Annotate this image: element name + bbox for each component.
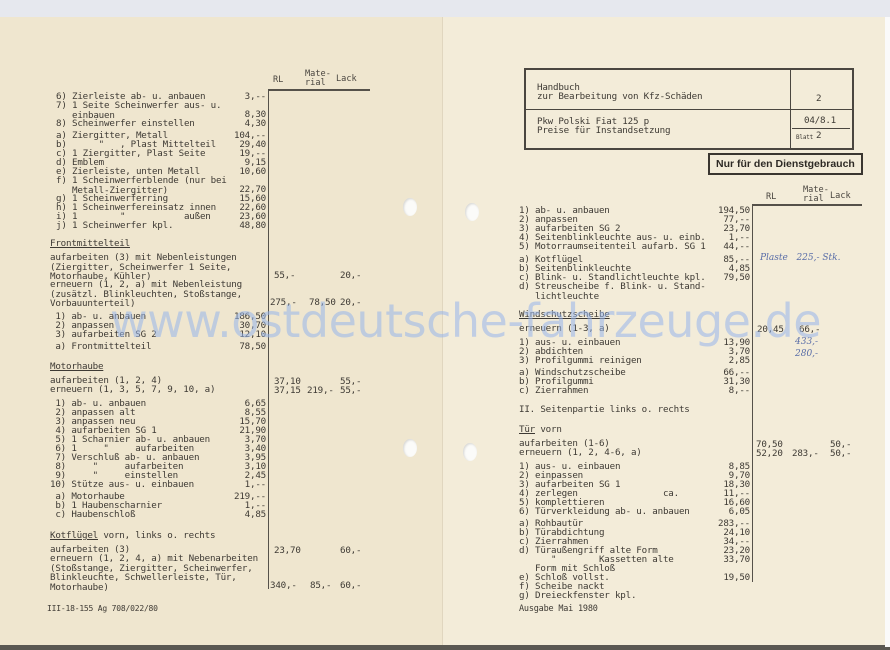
section-title-underlined: Tür [519,424,535,435]
operation-material: 219,- [307,386,334,396]
operation-rl: 275,- [270,298,297,308]
section-title-rest: vorn [535,424,562,435]
section-number: 2 [816,94,821,104]
header-box-divider [792,128,850,129]
punch-hole [465,203,479,221]
page-label: Blatt [796,133,813,143]
list-item-value: 44,-- [694,242,750,252]
footer-reference: III-18-155 Ag 708/022/80 [47,604,158,614]
column-header-rl: RL [273,76,283,85]
list-item: 3) Profilgummi reinigen [519,356,642,366]
operation-material: 283,- [792,449,819,459]
section-heading-seitenpartie: II. Seitenpartie links o. rechts [519,405,690,415]
operation-label: erneuern (1, 2, 4-6, a) [519,448,642,458]
operation-rl: 23,70 [274,546,301,556]
operation-rl: 340,- [270,581,297,591]
list-item-value: 12,10 [210,330,266,340]
handwritten-price: 280,- [795,349,818,359]
scan-right-edge [885,17,890,647]
part-value: 19,50 [694,573,750,583]
list-item-value: 6,05 [694,507,750,517]
handwritten-note: Plaste 225,- Stk. [760,253,840,263]
list-item-value: 1,-- [210,480,266,490]
operation-lack: 55,- [340,386,361,396]
operation-rl: 55,- [274,271,295,281]
operation-material: 85,- [310,581,331,591]
column-divider [752,204,753,582]
header-rule [268,89,370,91]
section-title: Motorhaube [50,362,103,372]
punch-hole [403,439,417,457]
page-number: 2 [816,131,821,141]
section-title: Tür vorn [519,425,562,435]
part-value: 78,50 [210,342,266,352]
list-item: 3) aufarbeiten SG 2 [50,330,157,340]
operation-rl: 52,20 [756,449,783,459]
column-divider [268,89,269,589]
operation-label: aufarbeiten (3) mit Nebenleistungen (Zie… [50,253,237,282]
header-rule [752,204,862,206]
section-title: Frontmittelteil [50,239,130,249]
part-item: g) Dreieckfenster kpl. [519,591,636,601]
operation-lack: 50,- [830,449,851,459]
operation-lack: 20,- [340,271,361,281]
list-item: 10) Stütze aus- u. einbauen [50,480,194,490]
part-value: 4,85 [210,510,266,520]
section-title: Kotflügel vorn, links o. rechts [50,531,215,541]
operation-lack: 60,- [340,581,361,591]
part-value: 48,80 [210,221,266,231]
footer-edition: Ausgabe Mai 1980 [519,605,598,615]
operation-material: 66,- [799,325,820,335]
document-code: 04/8.1 [804,116,836,126]
part-value: 33,70 [694,555,750,565]
header-box-divider [526,109,852,110]
operation-material: 78,50 [309,298,336,308]
part-item: j) 1 Scheinwerfer kpl. [56,221,173,231]
operation-lack: 60,- [340,546,361,556]
part-value: 8,-- [694,386,750,396]
punch-hole [403,198,417,216]
section-title-underlined: Kotflügel [50,530,98,541]
list-item: 5) Motorraumseitenteil aufarb. SG 1 [519,242,706,252]
column-header-material: Mate- rial [803,186,829,203]
list-item: 6) Türverkleidung ab- u. anbauen [519,507,690,517]
list-item-value: 4,30 [210,119,266,129]
part-item: a) Frontmittelteil [50,342,151,352]
restricted-stamp: Nur für den Dienstgebrauch [708,153,863,175]
column-header-lack: Lack [336,75,357,84]
part-item: c) Haubenschloß [50,510,135,520]
operation-rl: 20,45 [757,325,784,335]
manual-subtitle: zur Bearbeitung von Kfz-Schäden [537,92,702,102]
operation-rl: 37,15 [274,386,301,396]
operation-label: erneuern (1, 2, a) mit Nebenleistung (zu… [50,280,242,309]
punch-hole [463,443,477,461]
column-header-rl: RL [766,193,776,202]
section-title-rest: vorn, links o. rechts [98,530,215,541]
operation-label: erneuern (1, 3, 5, 7, 9, 10, a) [50,385,215,395]
column-header-material: Mate- rial [305,70,331,87]
part-item: c) Zierrahmen [519,386,588,396]
list-item: 8) Scheinwerfer einstellen [56,119,195,129]
document-purpose: Preise für Instandsetzung [537,126,670,136]
section-title: Windschutzscheibe [519,310,610,320]
part-item: d) Streuscheibe f. Blink- u. Stand- lich… [519,282,706,301]
scan-bottom-edge [0,645,890,650]
operation-lack: 20,- [340,298,361,308]
handwritten-price: 433,- [795,337,818,347]
operation-label: erneuern (1-3, a) [519,324,610,334]
column-header-lack: Lack [830,192,851,201]
list-item-value: 2,85 [694,356,750,366]
operation-label: erneuern (1, 2, 4, a) mit Nebenarbeiten … [50,554,258,592]
